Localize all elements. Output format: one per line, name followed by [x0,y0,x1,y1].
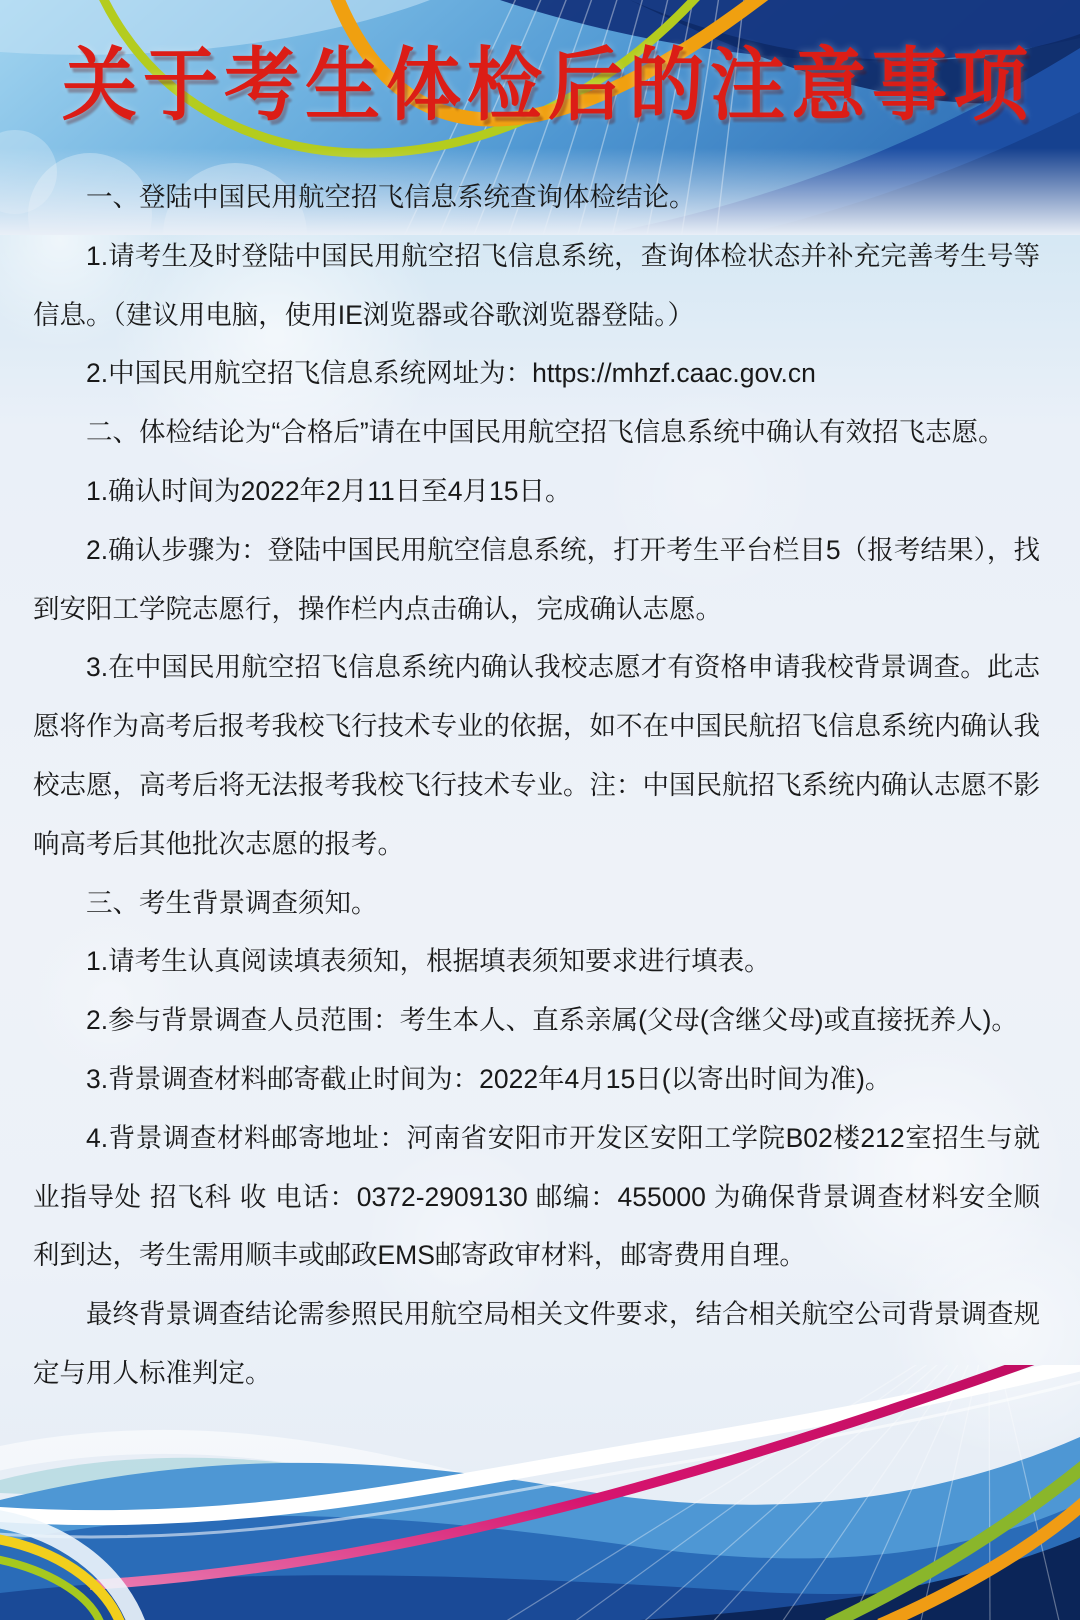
notice-paragraph: 1.确认时间为2022年2月11日至4月15日。 [33,462,1040,521]
notice-paragraph-mail-address: 4.背景调查材料邮寄地址：河南省安阳市开发区安阳工学院B02楼212室招生与就业… [33,1109,1040,1285]
notice-paragraph: 1.请考生及时登陆中国民用航空招飞信息系统，查询体检状态并补充完善考生号等信息。… [33,227,1040,345]
notice-paragraph-section3-heading: 三、考生背景调查须知。 [33,874,1040,933]
notice-paragraph: 2.参与背景调查人员范围：考生本人、直系亲属(父母(含继父母)或直接抚养人)。 [33,991,1040,1050]
notice-poster: 关于考生体检后的注意事项 一、登陆中国民用航空招飞信息系统查询体检结论。 1.请… [0,0,1080,1620]
notice-paragraph-final: 最终背景调查结论需参照民用航空局相关文件要求，结合相关航空公司背景调查规定与用人… [33,1285,1040,1403]
notice-paragraph: 2.确认步骤为：登陆中国民用航空信息系统，打开考生平台栏目5（报考结果），找到安… [33,521,1040,639]
notice-body: 一、登陆中国民用航空招飞信息系统查询体检结论。 1.请考生及时登陆中国民用航空招… [33,168,1040,1403]
notice-paragraph-section1-heading: 一、登陆中国民用航空招飞信息系统查询体检结论。 [33,168,1040,227]
notice-paragraph: 3.在中国民用航空招飞信息系统内确认我校志愿才有资格申请我校背景调查。此志愿将作… [33,638,1040,873]
notice-paragraph: 3.背景调查材料邮寄截止时间为：2022年4月15日(以寄出时间为准)。 [33,1050,1040,1109]
poster-title: 关于考生体检后的注意事项 [62,27,1018,144]
notice-paragraph-section2-heading: 二、体检结论为“合格后”请在中国民用航空招飞信息系统中确认有效招飞志愿。 [33,403,1040,462]
notice-paragraph-website: 2.中国民用航空招飞信息系统网址为：https://mhzf.caac.gov.… [33,344,1040,403]
notice-paragraph: 1.请考生认真阅读填表须知，根据填表须知要求进行填表。 [33,932,1040,991]
